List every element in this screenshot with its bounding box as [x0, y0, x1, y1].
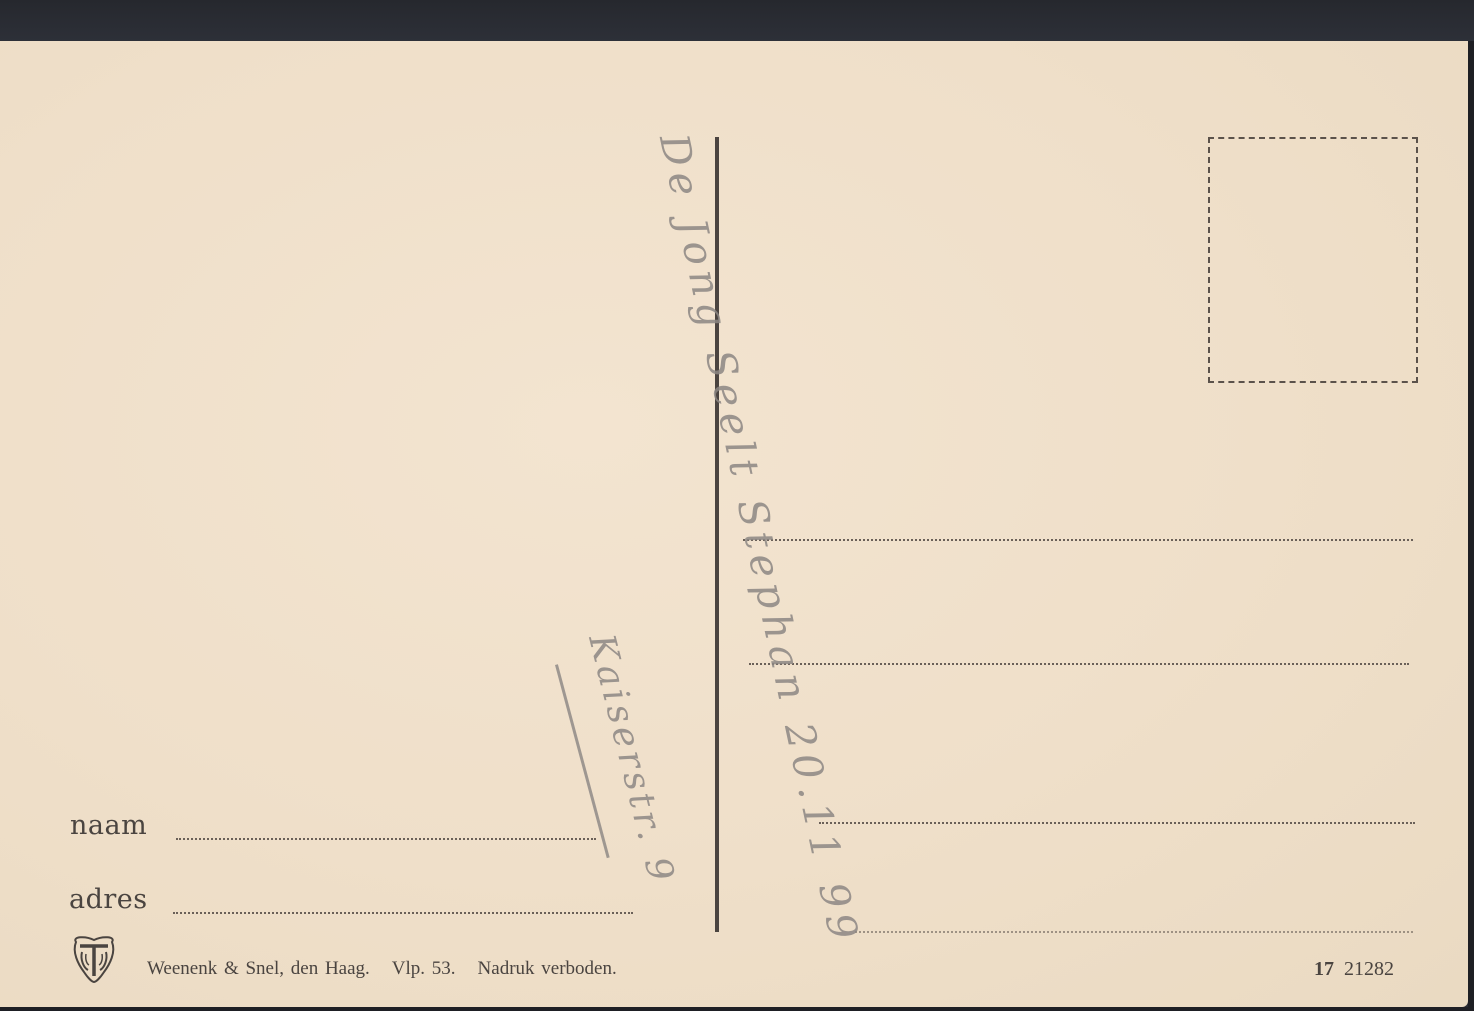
publisher-name: Weenenk & Snel, den Haag.: [147, 958, 370, 979]
serial-number: 21282: [1344, 958, 1394, 980]
address-label: adres: [69, 884, 148, 915]
series-number: Vlp. 53.: [392, 958, 456, 979]
publisher-monogram-icon: [70, 934, 118, 984]
address-line: [173, 912, 633, 914]
card-serial: 1721282: [1314, 958, 1394, 981]
address-line-3: [819, 822, 1415, 824]
address-line-1: [743, 539, 1413, 541]
serial-prefix: 17: [1314, 958, 1334, 980]
scan-background-right: [1468, 41, 1474, 1011]
stamp-box: [1208, 137, 1418, 383]
name-label: naam: [70, 810, 147, 841]
scan-background-top: [0, 0, 1474, 42]
postcard-scan: naam adres De Jong Seelt Stephan 20.11 9…: [0, 0, 1474, 1011]
scan-background-bottom: [0, 1007, 1474, 1011]
address-line-4: [855, 931, 1413, 933]
address-line-2: [749, 663, 1409, 665]
publisher-imprint: Weenenk & Snel, den Haag.Vlp. 53.Nadruk …: [147, 958, 639, 980]
copyright-notice: Nadruk verboden.: [478, 958, 617, 979]
name-line: [176, 838, 596, 840]
